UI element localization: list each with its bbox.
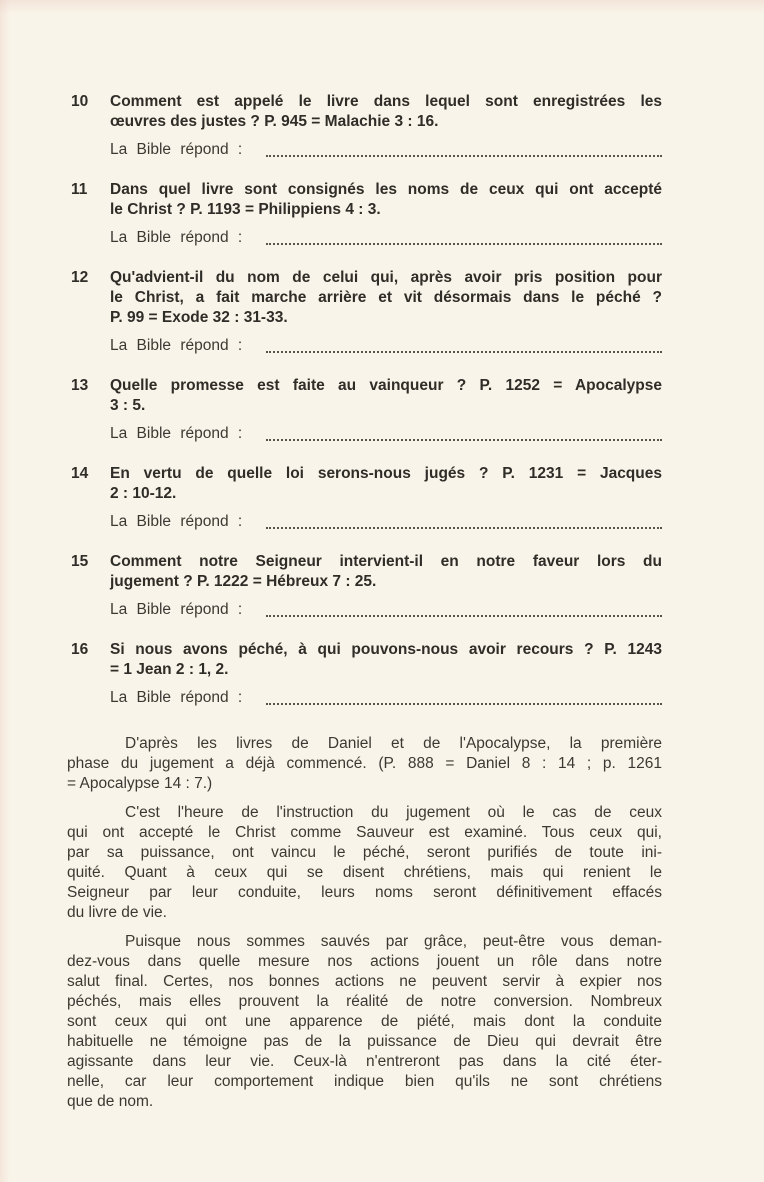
question-body: Si nous avons péché, à qui pouvons-nous … xyxy=(110,640,662,708)
answer-row: La Bible répond : xyxy=(110,688,662,708)
paragraph-2: C'est l'heure de l'instruction du jugeme… xyxy=(67,803,662,923)
question-text: Dans quel livre sont consignés les noms … xyxy=(110,180,662,220)
text-line: du livre de vie. xyxy=(67,903,662,923)
question-body: Comment est appelé le livre dans lequel … xyxy=(110,92,662,160)
answer-label: La Bible répond : xyxy=(110,140,242,160)
question-number: 11 xyxy=(67,180,110,248)
question-number: 14 xyxy=(67,464,110,532)
text-line: P. 99 = Exode 32 : 31-33. xyxy=(110,308,662,328)
question-text: Comment notre Seigneur intervient-il en … xyxy=(110,552,662,592)
text-line: Si nous avons péché, à qui pouvons-nous … xyxy=(110,640,662,660)
question-item-13: 13 Quelle promesse est faite au vainqueu… xyxy=(67,376,662,444)
text-line: sont ceux qui ont une apparence de piété… xyxy=(67,1012,662,1032)
answer-row: La Bible répond : xyxy=(110,140,662,160)
answer-label: La Bible répond : xyxy=(110,512,242,532)
text-line: D'après les livres de Daniel et de l'Apo… xyxy=(67,734,662,754)
answer-row: La Bible répond : xyxy=(110,228,662,248)
text-line: Qu'advient-il du nom de celui qui, après… xyxy=(110,268,662,288)
text-line: le Christ, a fait marche arrière et vit … xyxy=(110,288,662,308)
question-number: 12 xyxy=(67,268,110,356)
answer-dotted-line xyxy=(266,140,662,157)
answer-label: La Bible répond : xyxy=(110,688,242,708)
text-line: Quelle promesse est faite au vainqueur ?… xyxy=(110,376,662,396)
answer-row: La Bible répond : xyxy=(110,512,662,532)
text-line: qui ont accepté le Christ comme Sauveur … xyxy=(67,823,662,843)
question-item-10: 10 Comment est appelé le livre dans lequ… xyxy=(67,92,662,160)
text-line: Puisque nous sommes sauvés par grâce, pe… xyxy=(67,932,662,952)
text-line: quité. Quant à ceux qui se disent chréti… xyxy=(67,863,662,883)
question-item-11: 11 Dans quel livre sont consignés les no… xyxy=(67,180,662,248)
text-line: Comment notre Seigneur intervient-il en … xyxy=(110,552,662,572)
text-line: jugement ? P. 1222 = Hébreux 7 : 25. xyxy=(110,572,662,592)
answer-label: La Bible répond : xyxy=(110,600,242,620)
answer-row: La Bible répond : xyxy=(110,336,662,356)
question-text: Si nous avons péché, à qui pouvons-nous … xyxy=(110,640,662,680)
answer-label: La Bible répond : xyxy=(110,228,242,248)
text-line: salut final. Certes, nos bonnes actions … xyxy=(67,972,662,992)
text-line: 2 : 10-12. xyxy=(110,484,662,504)
question-number: 10 xyxy=(67,92,110,160)
paragraph-1: D'après les livres de Daniel et de l'Apo… xyxy=(67,734,662,794)
question-text: Comment est appelé le livre dans lequel … xyxy=(110,92,662,132)
text-line: = 1 Jean 2 : 1, 2. xyxy=(110,660,662,680)
question-item-12: 12 Qu'advient-il du nom de celui qui, ap… xyxy=(67,268,662,356)
text-line: Comment est appelé le livre dans lequel … xyxy=(110,92,662,112)
text-line: C'est l'heure de l'instruction du jugeme… xyxy=(67,803,662,823)
answer-label: La Bible répond : xyxy=(110,336,242,356)
question-body: Quelle promesse est faite au vainqueur ?… xyxy=(110,376,662,444)
text-line: agissante dans leur vie. Ceux-là n'entre… xyxy=(67,1052,662,1072)
scanned-book-page: 10 Comment est appelé le livre dans lequ… xyxy=(0,0,764,1182)
question-item-14: 14 En vertu de quelle loi serons-nous ju… xyxy=(67,464,662,532)
text-line: nelle, car leur comportement indique bie… xyxy=(67,1072,662,1092)
question-item-15: 15 Comment notre Seigneur intervient-il … xyxy=(67,552,662,620)
answer-row: La Bible répond : xyxy=(110,600,662,620)
text-line: œuvres des justes ? P. 945 = Malachie 3 … xyxy=(110,112,662,132)
question-body: En vertu de quelle loi serons-nous jugés… xyxy=(110,464,662,532)
text-line: En vertu de quelle loi serons-nous jugés… xyxy=(110,464,662,484)
text-line: le Christ ? P. 1193 = Philippiens 4 : 3. xyxy=(110,200,662,220)
text-line: dez-vous dans quelle mesure nos actions … xyxy=(67,952,662,972)
question-item-16: 16 Si nous avons péché, à qui pouvons-no… xyxy=(67,640,662,708)
answer-dotted-line xyxy=(266,600,662,617)
answer-row: La Bible répond : xyxy=(110,424,662,444)
answer-label: La Bible répond : xyxy=(110,424,242,444)
question-text: Quelle promesse est faite au vainqueur ?… xyxy=(110,376,662,416)
text-line: Dans quel livre sont consignés les noms … xyxy=(110,180,662,200)
question-body: Dans quel livre sont consignés les noms … xyxy=(110,180,662,248)
question-number: 13 xyxy=(67,376,110,444)
text-line: phase du jugement a déjà commencé. (P. 8… xyxy=(67,754,662,774)
answer-dotted-line xyxy=(266,688,662,705)
text-line: 3 : 5. xyxy=(110,396,662,416)
question-text: Qu'advient-il du nom de celui qui, après… xyxy=(110,268,662,328)
answer-dotted-line xyxy=(266,512,662,529)
question-number: 16 xyxy=(67,640,110,708)
page-content: 10 Comment est appelé le livre dans lequ… xyxy=(67,92,662,1112)
question-body: Comment notre Seigneur intervient-il en … xyxy=(110,552,662,620)
text-line: que de nom. xyxy=(67,1092,662,1112)
answer-dotted-line xyxy=(266,424,662,441)
paragraph-3: Puisque nous sommes sauvés par grâce, pe… xyxy=(67,932,662,1112)
text-line: péchés, mais elles prouvent la réalité d… xyxy=(67,992,662,1012)
text-line: par sa puissance, ont vaincu le péché, s… xyxy=(67,843,662,863)
text-line: Seigneur par leur conduite, leurs noms s… xyxy=(67,883,662,903)
question-body: Qu'advient-il du nom de celui qui, après… xyxy=(110,268,662,356)
question-text: En vertu de quelle loi serons-nous jugés… xyxy=(110,464,662,504)
answer-dotted-line xyxy=(266,336,662,353)
question-number: 15 xyxy=(67,552,110,620)
answer-dotted-line xyxy=(266,228,662,245)
text-line: habituelle ne témoigne pas de la puissan… xyxy=(67,1032,662,1052)
text-line: = Apocalypse 14 : 7.) xyxy=(67,774,662,794)
